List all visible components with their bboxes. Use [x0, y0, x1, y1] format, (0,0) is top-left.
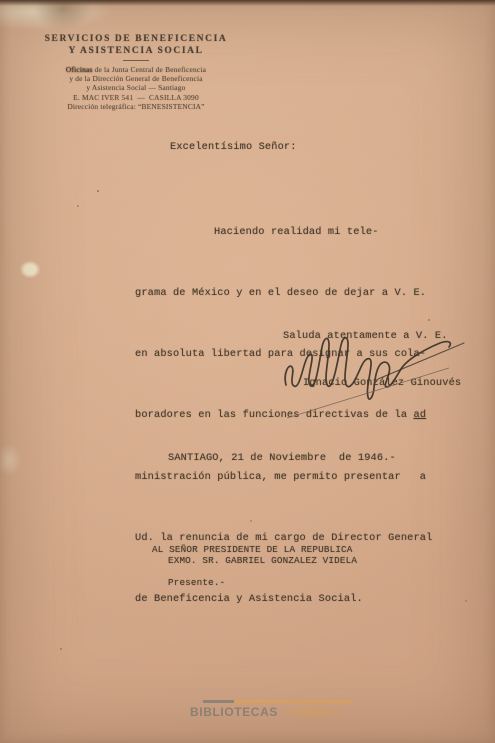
- letterhead-subline-1: Oficinas de la Junta Central de Benefice…: [30, 65, 242, 74]
- letterhead-subline-1-rest: de la Junta Central de Beneficencia: [93, 65, 207, 74]
- body-line-7: de Beneficencia y Asistencia Social.: [135, 589, 432, 609]
- letterhead-title-line1: SERVICIOS DE BENEFICENCIA: [30, 33, 242, 45]
- paper-left-stain: [0, 443, 22, 477]
- body-line-4-text: boradores en las funciones directivas de…: [135, 409, 413, 421]
- letterhead-address-line: E. MAC IVER 541 — CASILLA 3090: [30, 93, 242, 102]
- scan-top-edge-shadow: [0, 0, 495, 6]
- punch-hole: [20, 261, 40, 278]
- body-line-4-underlined: ad: [413, 409, 426, 421]
- letterhead-rule: [123, 60, 149, 61]
- letterhead: SERVICIOS DE BENEFICENCIA Y ASISTENCIA S…: [30, 33, 242, 111]
- body-line-1: Haciendo realidad mi tele-: [135, 222, 432, 242]
- dateline: SANTIAGO, 21 de Noviembre de 1946.-: [168, 452, 396, 464]
- body-line-3: en absoluta libertad para designar a sus…: [135, 344, 432, 364]
- watermark-gray-bar: [203, 700, 234, 703]
- letterhead-telegraph-line: Dirección telegráfica: “BENESISTENCIA”: [30, 102, 242, 111]
- watermark-orange-faded-text: [284, 706, 346, 719]
- addressee-line-2: EXMO. SR. GABRIEL GONZALEZ VIDELA: [168, 556, 357, 567]
- signature-typed-name: Ignacio González Ginouvés: [303, 377, 461, 389]
- body-line-2: grama de México y en el deseo de dejar a…: [135, 283, 432, 303]
- letterhead-title-line2: Y ASISTENCIA SOCIAL: [30, 45, 242, 57]
- body-line-5: ministración pública, me permito present…: [135, 467, 432, 487]
- paper-specks: [97, 190, 99, 192]
- closing-line: Saluda atentamente a V. E.: [283, 330, 448, 342]
- scanned-letter-page: SERVICIOS DE BENEFICENCIA Y ASISTENCIA S…: [0, 0, 495, 743]
- letterhead-smudged-word: Oficinas: [66, 65, 93, 74]
- watermark-text: BIBLIOTECAS: [190, 705, 278, 719]
- body-line-4: boradores en las funciones directivas de…: [135, 405, 432, 425]
- addressee-line-3: Presente.-: [168, 578, 225, 589]
- letterhead-subline-3: y Asistencia Social — Santiago: [30, 83, 242, 92]
- salutation: Excelentísimo Señor:: [170, 141, 297, 153]
- watermark-orange-bar: [234, 700, 352, 703]
